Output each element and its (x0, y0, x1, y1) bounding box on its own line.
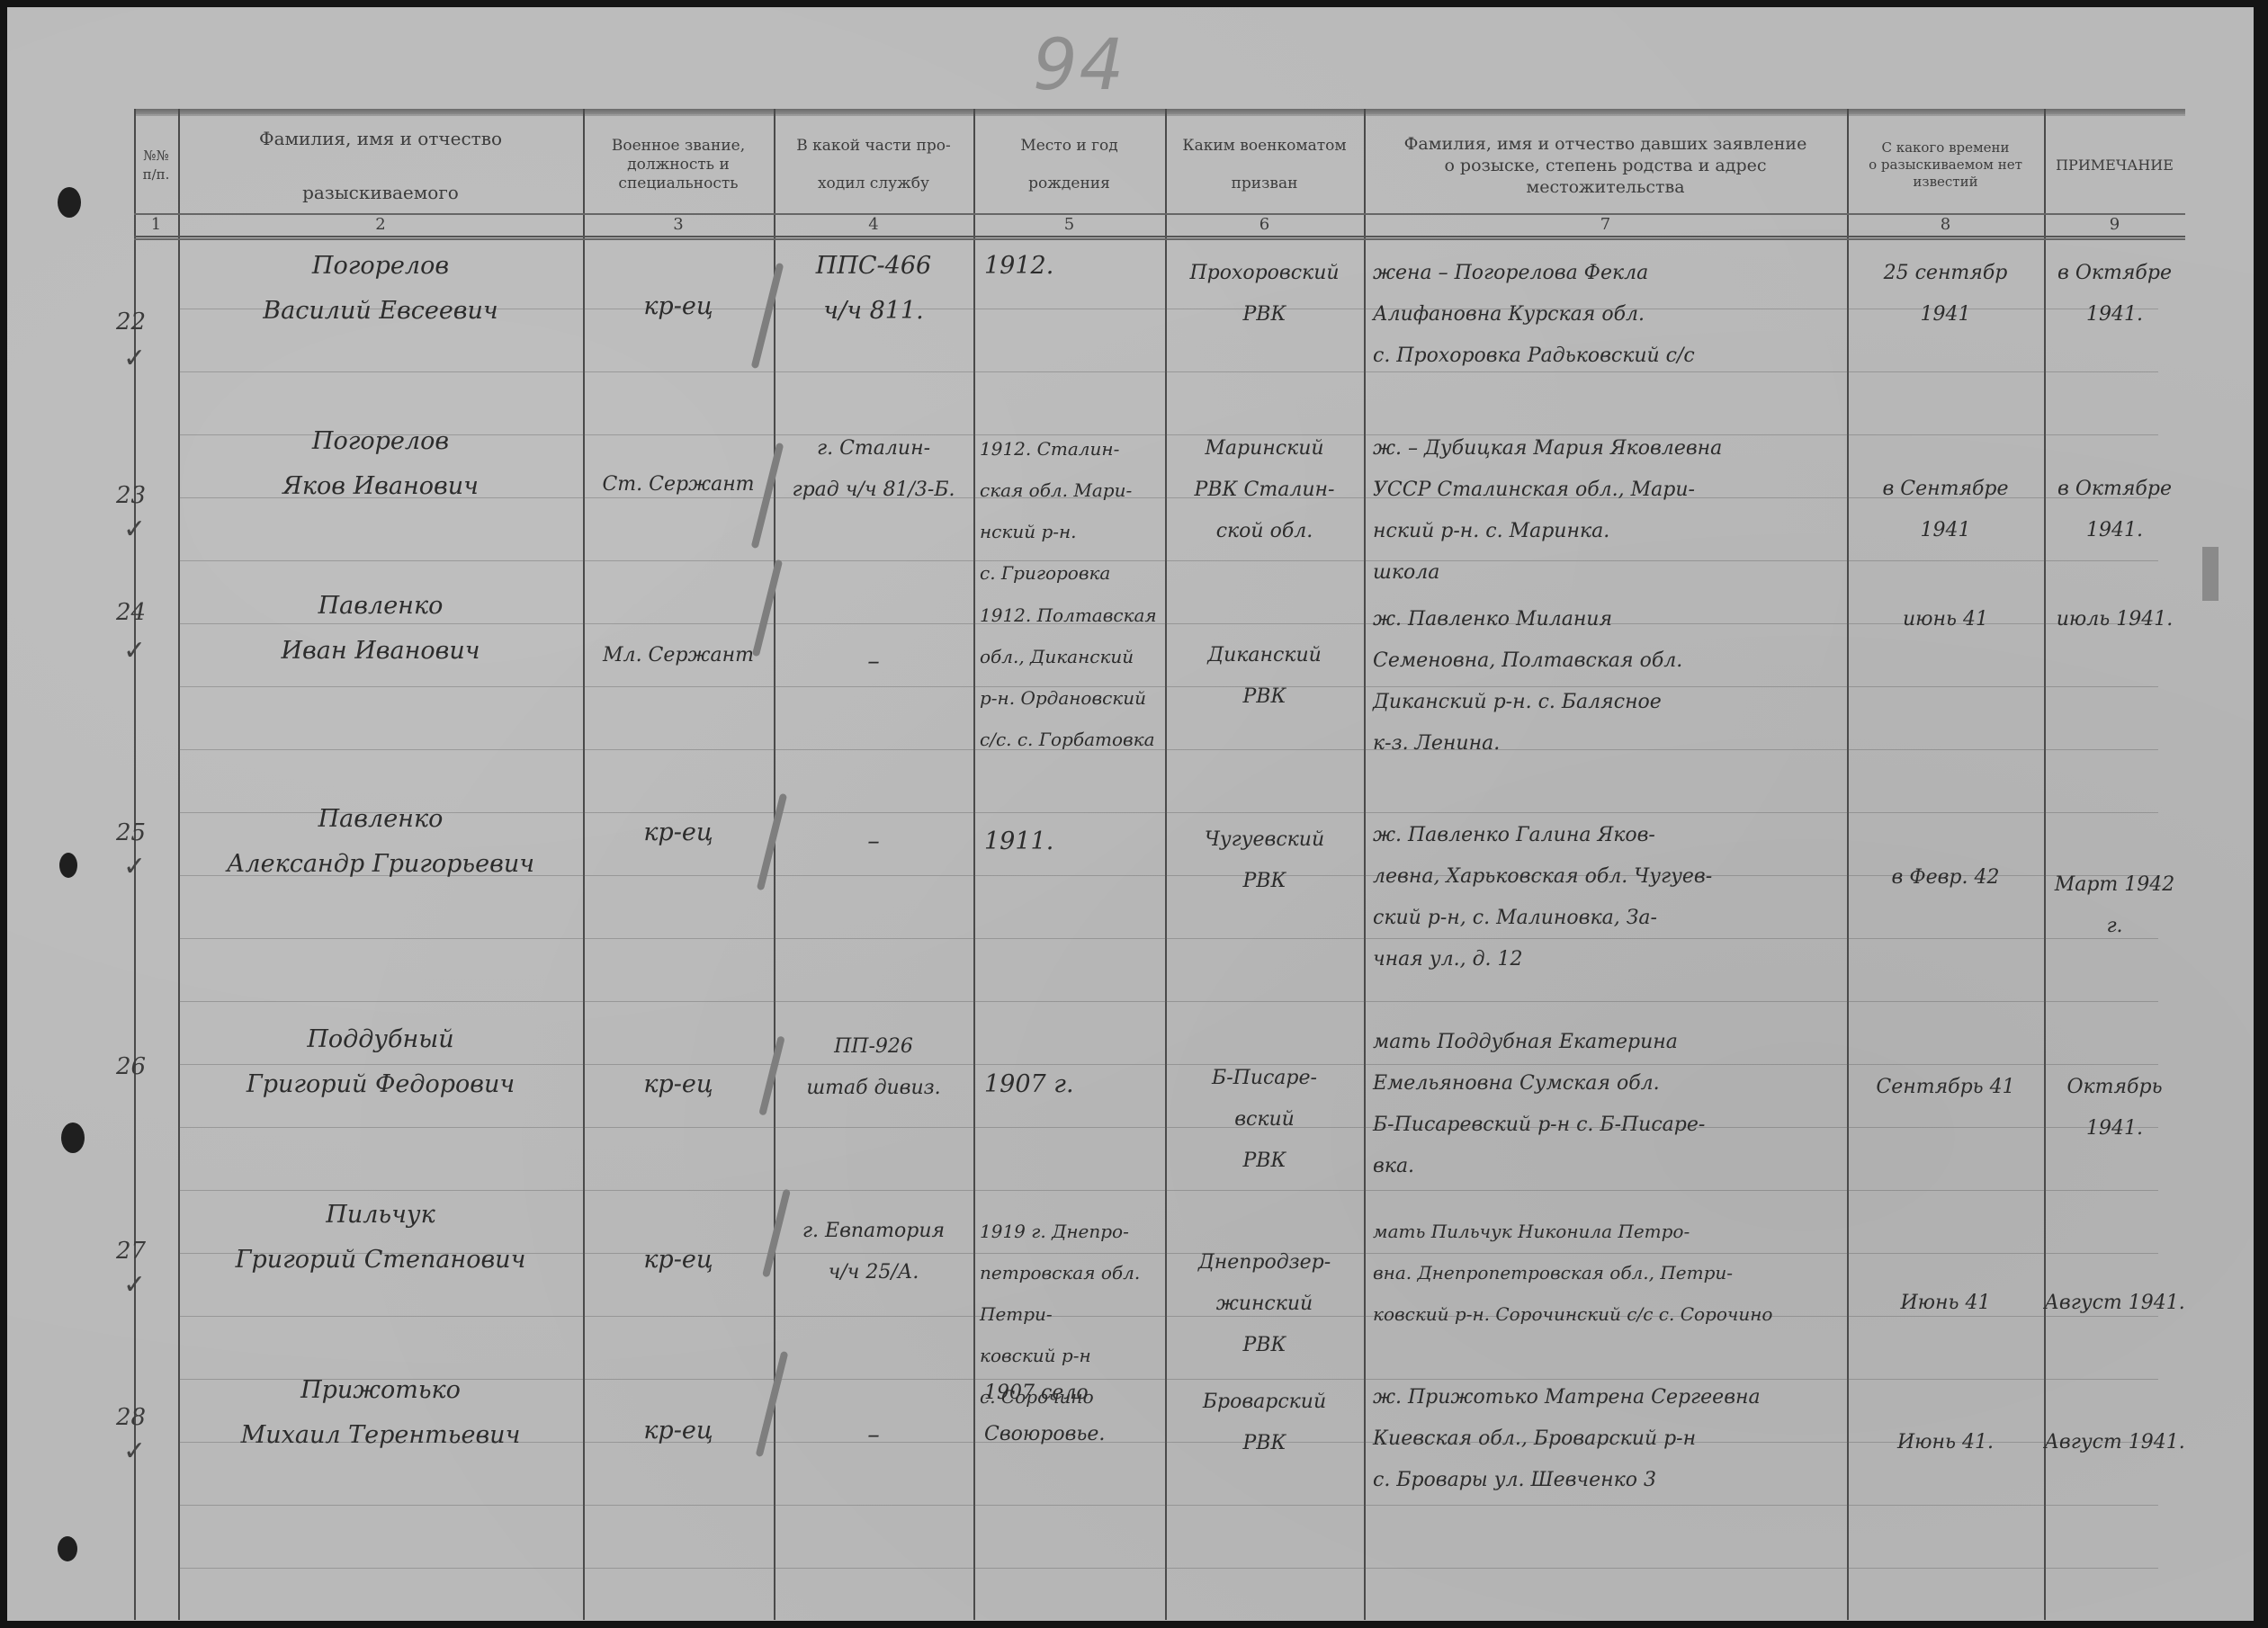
person-name: Пильчук Григорий Степанович (178, 1193, 583, 1283)
military-unit: ПП-926 штаб дивиз. (774, 1026, 973, 1109)
header-col-9: ПРИМЕЧАНИЕ (2044, 118, 2185, 212)
note: в Октябре 1941. (2044, 469, 2185, 551)
header-col-7: Фамилия, имя и отчество давших заявление… (1364, 118, 1847, 212)
column-number: 3 (583, 215, 774, 237)
military-unit: – (774, 819, 973, 864)
tick-mark: ✓ (123, 1269, 146, 1301)
column-divider (1364, 109, 1366, 1620)
birth-place-year: 1912. (984, 244, 1164, 289)
document-sheet: 94 №№ п/п. Фамилия, имя и отчеств (7, 7, 2254, 1621)
punch-hole (61, 1123, 85, 1153)
row-number: 26 (116, 1053, 146, 1080)
column-number: 4 (774, 215, 973, 237)
column-number: 5 (973, 215, 1165, 237)
note: Август 1941. (2044, 1422, 2185, 1463)
header-col-8: С какого времени о разыскиваемом нет изв… (1847, 118, 2044, 212)
person-name: Павленко Александр Григорьевич (178, 797, 583, 887)
punch-hole (59, 853, 77, 878)
military-unit: ППС-466 ч/ч 811. (774, 244, 973, 334)
military-unit: г. Евпатория ч/ч 25/А. (774, 1211, 973, 1293)
tick-mark: ✓ (123, 635, 146, 666)
military-rank: кр-ец (583, 284, 774, 329)
note: Август 1941. (2044, 1283, 2185, 1324)
punch-hole (58, 187, 81, 218)
no-news-since: в Февр. 42 (1847, 857, 2044, 899)
header-col-3: Военное звание, должность и специальност… (583, 118, 774, 212)
military-rank: кр-ец (583, 1238, 774, 1283)
note: Март 1942 г. (2044, 864, 2185, 947)
person-name: Поддубный Григорий Федорович (178, 1017, 583, 1107)
page-edge-mark (2202, 547, 2219, 601)
row-number: 27 (116, 1238, 146, 1265)
header-col-2: Фамилия, имя и отчество разыскиваемого (178, 118, 583, 212)
header-col-5: Место и год рождения (973, 118, 1165, 212)
table-top-rule (134, 109, 2185, 116)
no-news-since: июнь 41 (1847, 599, 2044, 640)
birth-place-year: 1912. Полтавская обл., Диканский р-н. Ор… (980, 595, 1165, 760)
punch-hole (58, 1536, 77, 1561)
military-rank: кр-ец (583, 1409, 774, 1454)
birth-place-year: 1911. (984, 819, 1164, 864)
commissariat: Б-Писаре- вский РВК (1165, 1058, 1364, 1182)
person-name: Павленко Иван Иванович (178, 584, 583, 674)
birth-place-year: 1912. Сталин- ская обл. Мари- нский р-н.… (980, 428, 1165, 594)
tick-mark: ✓ (123, 1436, 146, 1467)
no-news-since: Июнь 41 (1847, 1283, 2044, 1324)
military-unit: – (774, 640, 973, 684)
tick-mark: ✓ (123, 514, 146, 545)
note: в Октябре 1941. (2044, 253, 2185, 335)
tick-mark: ✓ (123, 343, 146, 374)
register-table: №№ п/п. Фамилия, имя и отчество разыскив… (134, 109, 2185, 1620)
tick-mark: ✓ (123, 851, 146, 882)
row-number: 22 (116, 309, 146, 335)
person-name: Прижотько Михаил Терентьевич (178, 1368, 583, 1458)
commissariat: Броварский РВК (1165, 1382, 1364, 1464)
row-number: 23 (116, 482, 146, 509)
applicant-info: ж. Павленко Галина Яков- левна, Харьковс… (1373, 815, 1847, 980)
row-number: 24 (116, 599, 146, 626)
column-number: 7 (1364, 215, 1847, 237)
page-number: 94 (1033, 25, 1125, 106)
person-name: Погорелов Василий Евсеевич (178, 244, 583, 334)
commissariat: Днепродзер- жинский РВК (1165, 1242, 1364, 1366)
applicant-info: ж. Прижотько Матрена Сергеевна Киевская … (1373, 1377, 1847, 1501)
military-unit: г. Сталин- град ч/ч 81/3-Б. (774, 428, 973, 511)
birth-place-year: 1907 село Своюровье. (984, 1373, 1164, 1455)
applicant-info: ж. Павленко Милания Семеновна, Полтавска… (1373, 599, 1847, 765)
no-news-since: в Сентябре 1941 (1847, 469, 2044, 551)
applicant-info: жена – Погорелова Фекла Алифановна Курск… (1373, 253, 1847, 377)
no-news-since: Сентябрь 41 (1847, 1067, 2044, 1108)
column-number: 9 (2044, 215, 2185, 237)
row-number: 28 (116, 1404, 146, 1431)
no-news-since: 25 сентябр 1941 (1847, 253, 2044, 335)
birth-place-year: 1907 г. (984, 1062, 1164, 1107)
column-divider (973, 109, 975, 1620)
column-number: 2 (178, 215, 583, 237)
commissariat: Маринский РВК Сталин- ской обл. (1165, 428, 1364, 552)
column-divider (583, 109, 585, 1620)
no-news-since: Июнь 41. (1847, 1422, 2044, 1463)
column-number: 1 (134, 215, 178, 237)
column-number: 8 (1847, 215, 2044, 237)
military-rank: Ст. Сержант (583, 464, 774, 505)
military-unit: – (774, 1413, 973, 1458)
note: июль 1941. (2044, 599, 2185, 640)
header-col-6: Каким военкоматом призван (1165, 118, 1364, 212)
commissariat: Диканский РВК (1165, 635, 1364, 718)
header-col-4: В какой части про- ходил службу (774, 118, 973, 212)
note: Октябрь 1941. (2044, 1067, 2185, 1149)
commissariat: Прохоровский РВК (1165, 253, 1364, 335)
applicant-info: ж. – Дубицкая Мария Яковлевна УССР Стали… (1373, 428, 1847, 594)
applicant-info: мать Поддубная Екатерина Емельяновна Сум… (1373, 1022, 1847, 1187)
header-col-1: №№ п/п. (134, 118, 178, 212)
military-rank: Мл. Сержант (583, 635, 774, 676)
military-rank: кр-ец (583, 810, 774, 855)
column-number: 6 (1165, 215, 1364, 237)
applicant-info: мать Пильчук Никонила Петро- вна. Днепро… (1373, 1211, 1847, 1335)
person-name: Погорелов Яков Иванович (178, 419, 583, 509)
commissariat: Чугуевский РВК (1165, 819, 1364, 902)
military-rank: кр-ец (583, 1062, 774, 1107)
row-number: 25 (116, 819, 146, 846)
